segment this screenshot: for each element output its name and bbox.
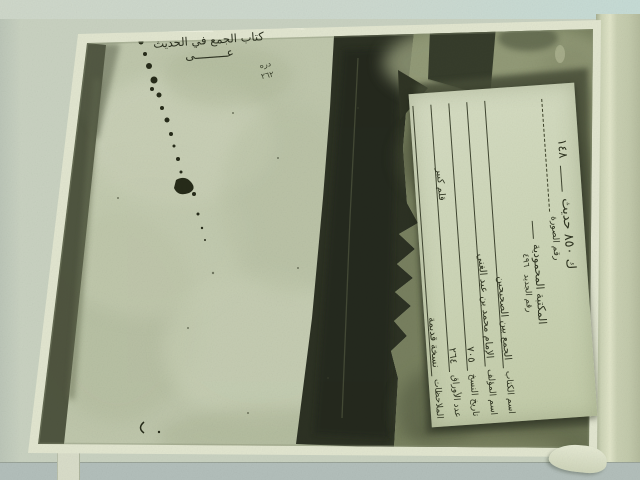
- catalog-card-content: ك ٨٥٠ حديث ١٤٨ رقم الصورة المكتبة المحمو…: [409, 83, 598, 428]
- call-number-secondary: ١٤٨: [555, 139, 570, 159]
- library-name: المكتبة المحمودية: [530, 244, 549, 325]
- call-number-divider: [560, 165, 572, 192]
- field-value-copy-date: ٧٠٥: [464, 346, 476, 363]
- album-page-fold: [596, 14, 640, 466]
- table-surface: [0, 462, 640, 480]
- paper-tab: [57, 450, 80, 480]
- album-page-left-shade: [0, 19, 30, 462]
- photograph: كتاب الجمع في الحديث عـــــــــى دره ٢٦٢…: [28, 18, 602, 458]
- library-name-underline: [532, 221, 542, 240]
- field-label-copy-date: تاريخ النسخ: [467, 371, 480, 417]
- field-label-leaf-count: عدد الأوراق: [449, 372, 462, 418]
- album-scene: كتاب الجمع في الحديث عـــــــــى دره ٢٦٢…: [0, 0, 640, 480]
- field-value-leaf-count: ٢٦٤: [446, 347, 458, 364]
- field-note-script-size: قلم كبير: [434, 168, 448, 201]
- catalog-card: ك ٨٥٠ حديث ١٤٨ رقم الصورة المكتبة المحمو…: [409, 83, 598, 428]
- field-label-notes: الملاحظات: [431, 376, 444, 420]
- field-label-book-title: اسم الكتاب: [503, 368, 516, 415]
- field-label-author: اسم المؤلف: [485, 366, 498, 416]
- card-fields: اسم الكتاب الجمع بين الصحيحين اسم المؤلف…: [412, 98, 524, 420]
- registry-value: ٤٩٦: [520, 253, 531, 267]
- field-value-notes: نسخة قديمة: [426, 317, 441, 368]
- background-wall: [0, 0, 640, 19]
